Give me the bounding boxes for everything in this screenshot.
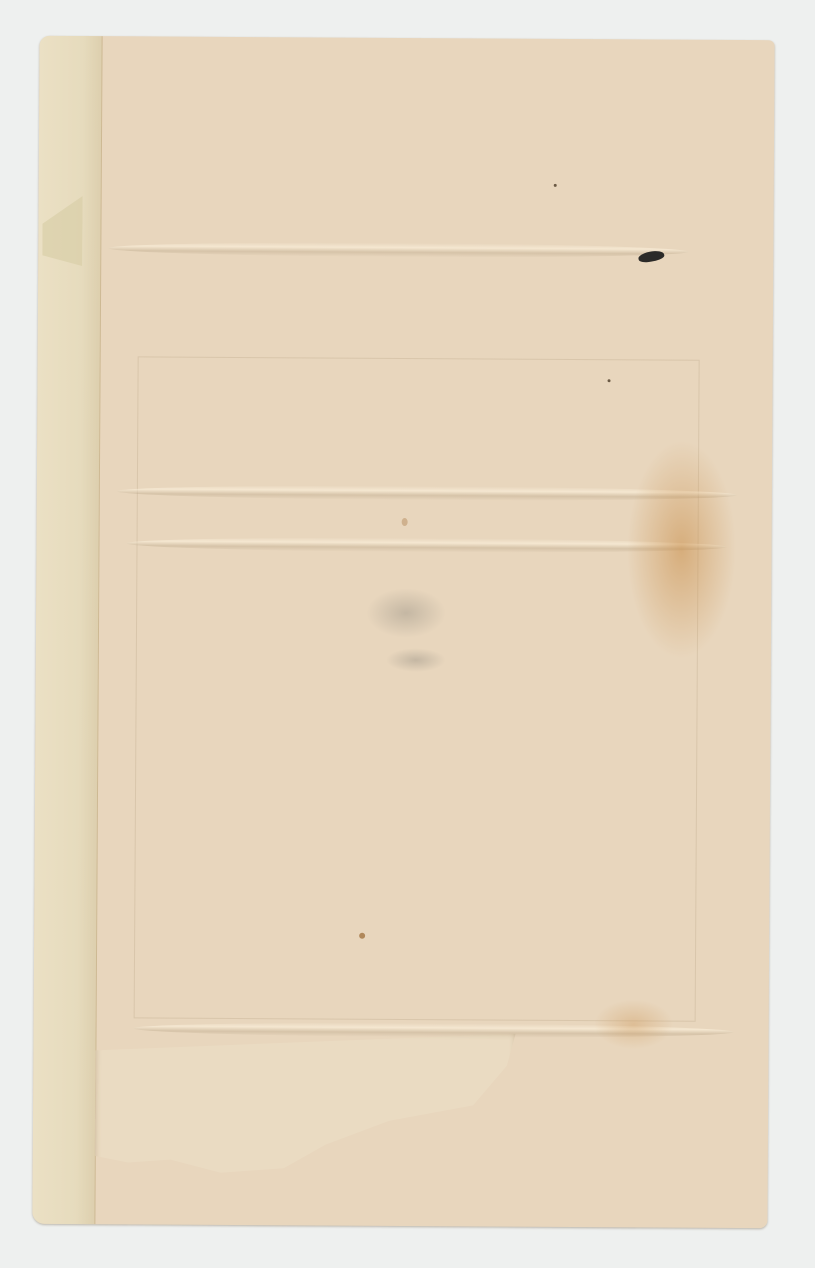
foxing-stain-bottom [593, 999, 673, 1049]
left-binding-strip [32, 36, 102, 1224]
faint-mount-outline [134, 356, 700, 1021]
gray-smudge [366, 588, 446, 638]
speck [359, 933, 365, 939]
gray-smudge-small [386, 648, 446, 672]
strip-discoloration [42, 196, 82, 266]
speck [608, 379, 611, 382]
horizontal-crease-top [108, 241, 688, 259]
torn-paper-area [95, 1031, 516, 1194]
foxing-stain-right [626, 439, 737, 660]
speck [402, 518, 408, 526]
aged-paper-card [32, 36, 774, 1228]
speck [554, 184, 557, 187]
